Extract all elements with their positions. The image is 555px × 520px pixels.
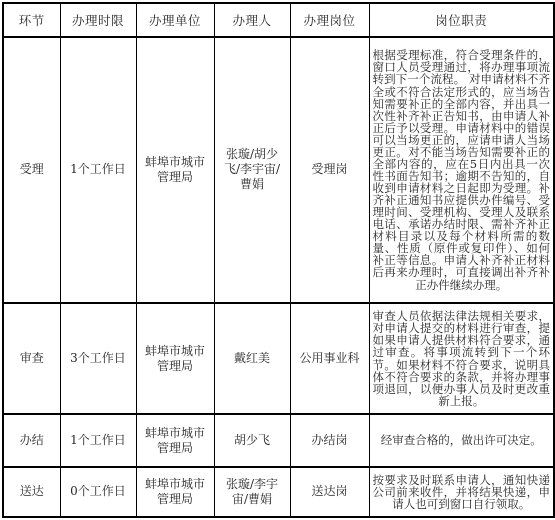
- cell-duty: 根据受理标准，符合受理条件的，窗口人员受理通过，将办理事项流转到下一个流程。 对…: [369, 37, 554, 303]
- cell-time-limit: 3个工作日: [60, 303, 136, 415]
- column-header-handler: 办理人: [214, 3, 290, 37]
- column-header-unit: 办理单位: [136, 3, 214, 37]
- cell-unit: 蚌埠市城市管理局: [136, 414, 214, 466]
- cell-position: 公用事业科: [290, 303, 369, 415]
- column-header-step: 环节: [3, 3, 60, 37]
- cell-unit: 蚌埠市城市管理局: [136, 303, 214, 415]
- table-row: 送达 0个工作日 蚌埠市城市管理局 张璇/李宇宙/曹娟 送达岗 按要求及时联系申…: [3, 467, 554, 517]
- cell-unit: 蚌埠市城市管理局: [136, 467, 214, 517]
- cell-unit: 蚌埠市城市管理局: [136, 37, 214, 303]
- cell-time-limit: 0个工作日: [60, 467, 136, 517]
- cell-step: 受理: [3, 37, 60, 303]
- table-row: 受理 1个工作日 蚌埠市城市管理局 张璇/胡少飞/李宇宙/曹娟 受理岗 根据受理…: [3, 37, 554, 303]
- cell-duty: 经审查合格的，做出许可决定。: [369, 414, 554, 466]
- cell-step: 办结: [3, 414, 60, 466]
- cell-duty: 审查人员依据法律法规相关要求，对申请人提交的材料进行审查，提如果申请人提供材料符…: [369, 303, 554, 415]
- cell-step: 审查: [3, 303, 60, 415]
- cell-handler: 戴红美: [214, 303, 290, 415]
- table-header-row: 环节 办理时限 办理单位 办理人 办理岗位 岗位职责: [3, 3, 554, 37]
- document-page: 环节 办理时限 办理单位 办理人 办理岗位 岗位职责 受理 1个工作日 蚌埠市城…: [0, 0, 555, 520]
- cell-duty: 按要求及时联系申请人，通知快递公司前来收件，并将结果快递，申请人也可到窗口自行领…: [369, 467, 554, 517]
- cell-time-limit: 1个工作日: [60, 414, 136, 466]
- cell-position: 受理岗: [290, 37, 369, 303]
- cell-handler: 张璇/胡少飞/李宇宙/曹娟: [214, 37, 290, 303]
- column-header-time-limit: 办理时限: [60, 3, 136, 37]
- cell-step: 送达: [3, 467, 60, 517]
- cell-position: 办结岗: [290, 414, 369, 466]
- column-header-position: 办理岗位: [290, 3, 369, 37]
- cell-handler: 张璇/李宇宙/曹娟: [214, 467, 290, 517]
- process-steps-table: 环节 办理时限 办理单位 办理人 办理岗位 岗位职责 受理 1个工作日 蚌埠市城…: [2, 2, 555, 518]
- cell-handler: 胡少飞: [214, 414, 290, 466]
- cell-time-limit: 1个工作日: [60, 37, 136, 303]
- table-row: 审查 3个工作日 蚌埠市城市管理局 戴红美 公用事业科 审查人员依据法律法规相关…: [3, 303, 554, 415]
- cell-position: 送达岗: [290, 467, 369, 517]
- table-row: 办结 1个工作日 蚌埠市城市管理局 胡少飞 办结岗 经审查合格的，做出许可决定。: [3, 414, 554, 466]
- column-header-duty: 岗位职责: [369, 3, 554, 37]
